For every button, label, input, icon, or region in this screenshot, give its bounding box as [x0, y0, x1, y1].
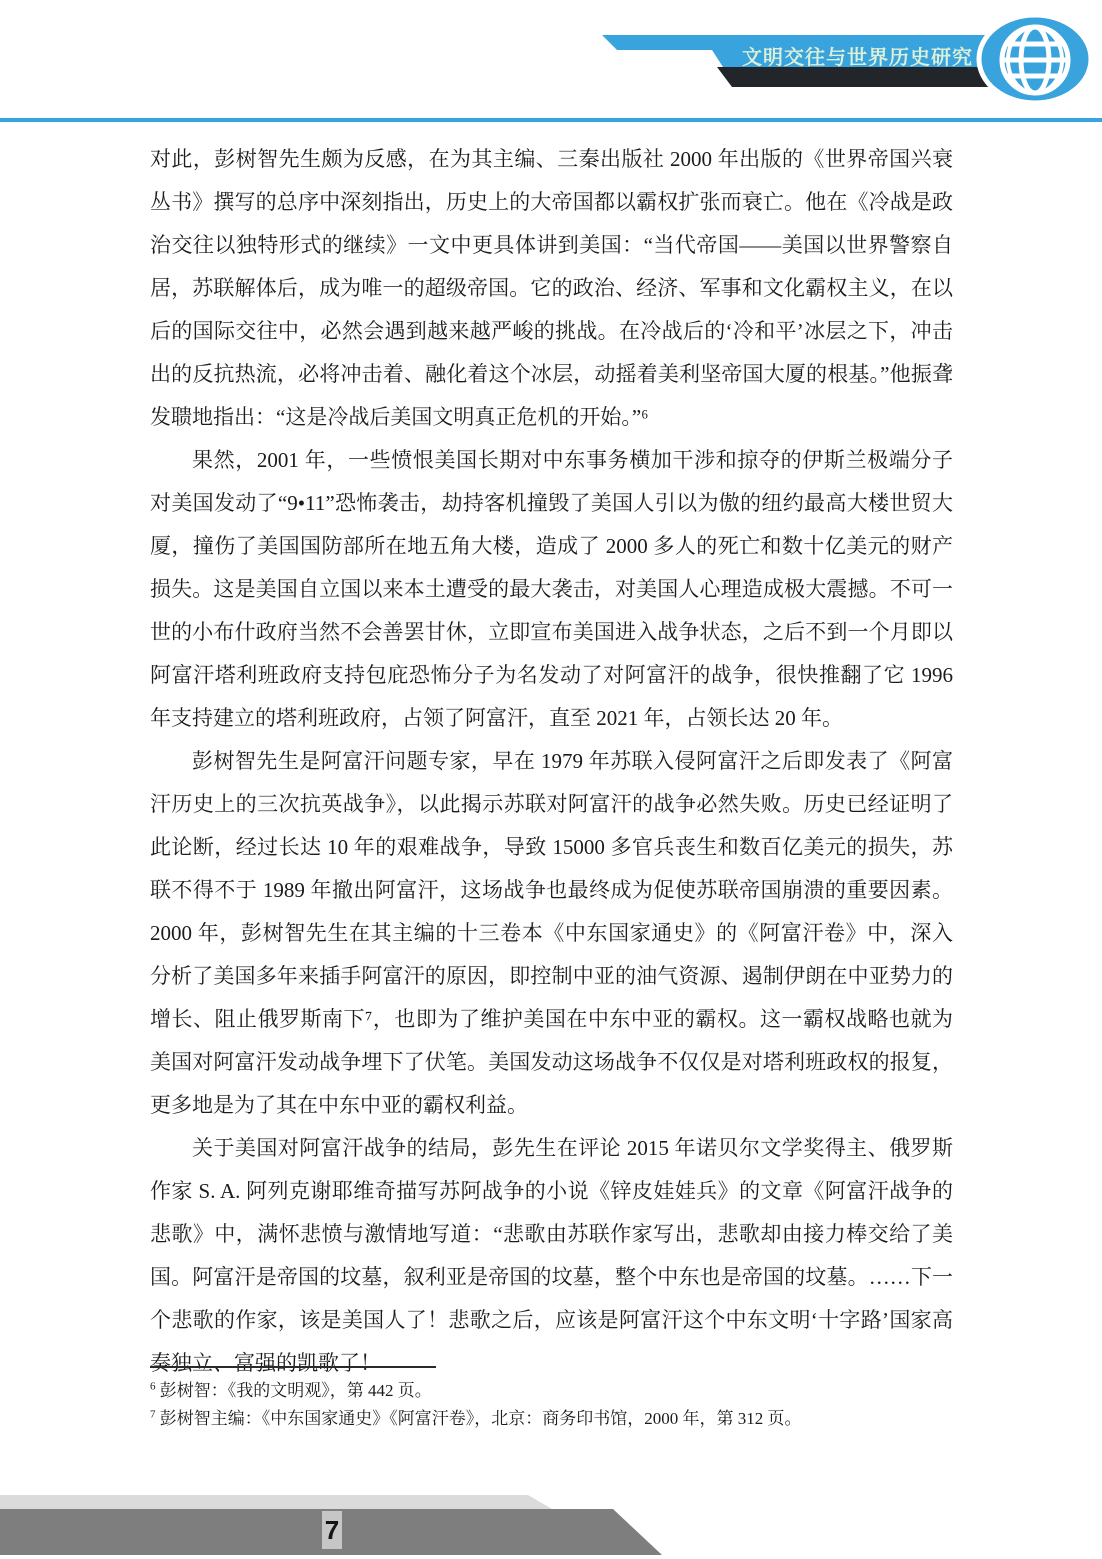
paragraph-3: 彭树智先生是阿富汗问题专家，早在 1979 年苏联入侵阿富汗之后即发表了《阿富汗… — [150, 740, 953, 1127]
footnote-6-text: 彭树智：《我的文明观》，第 442 页。 — [160, 1381, 432, 1400]
header-banner: 文明交往与世界历史研究 — [602, 35, 990, 67]
footer-light-band — [0, 1495, 552, 1509]
footnote-7-marker: 7 — [150, 1408, 156, 1420]
footnote-6: 6 彭树智：《我的文明观》，第 442 页。 — [150, 1377, 953, 1405]
globe-icon — [974, 11, 1096, 107]
page-number-box: 7 — [322, 1511, 342, 1549]
header-divider-line — [0, 118, 1102, 122]
page-number: 7 — [325, 1515, 339, 1546]
paragraph-1: 对此，彭树智先生颇为反感，在为其主编、三秦出版社 2000 年出版的《世界帝国兴… — [150, 138, 953, 439]
document-page: 文明交往与世界历史研究 对此，彭树智先生颇为反感，在为其主编、三秦出版社 200… — [0, 0, 1102, 1559]
footnote-separator — [150, 1366, 436, 1368]
header-banner-title: 文明交往与世界历史研究 — [742, 41, 973, 70]
paragraph-2: 果然，2001 年，一些愤恨美国长期对中东事务横加干涉和掠夺的伊斯兰极端分子对美… — [150, 439, 953, 740]
paragraph-4: 关于美国对阿富汗战争的结局，彭先生在评论 2015 年诺贝尔文学奖得主、俄罗斯作… — [150, 1127, 953, 1385]
footnotes-section: 6 彭树智：《我的文明观》，第 442 页。 7 彭树智主编：《中东国家通史》《… — [150, 1366, 953, 1433]
footnote-7: 7 彭树智主编：《中东国家通史》《阿富汗卷》，北京：商务印书馆，2000 年，第… — [150, 1405, 953, 1433]
footnote-6-marker: 6 — [150, 1380, 156, 1392]
footnote-7-text: 彭树智主编：《中东国家通史》《阿富汗卷》，北京：商务印书馆，2000 年，第 3… — [160, 1409, 802, 1428]
header-banner-shadow — [717, 67, 990, 87]
article-body: 对此，彭树智先生颇为反感，在为其主编、三秦出版社 2000 年出版的《世界帝国兴… — [150, 138, 953, 1385]
